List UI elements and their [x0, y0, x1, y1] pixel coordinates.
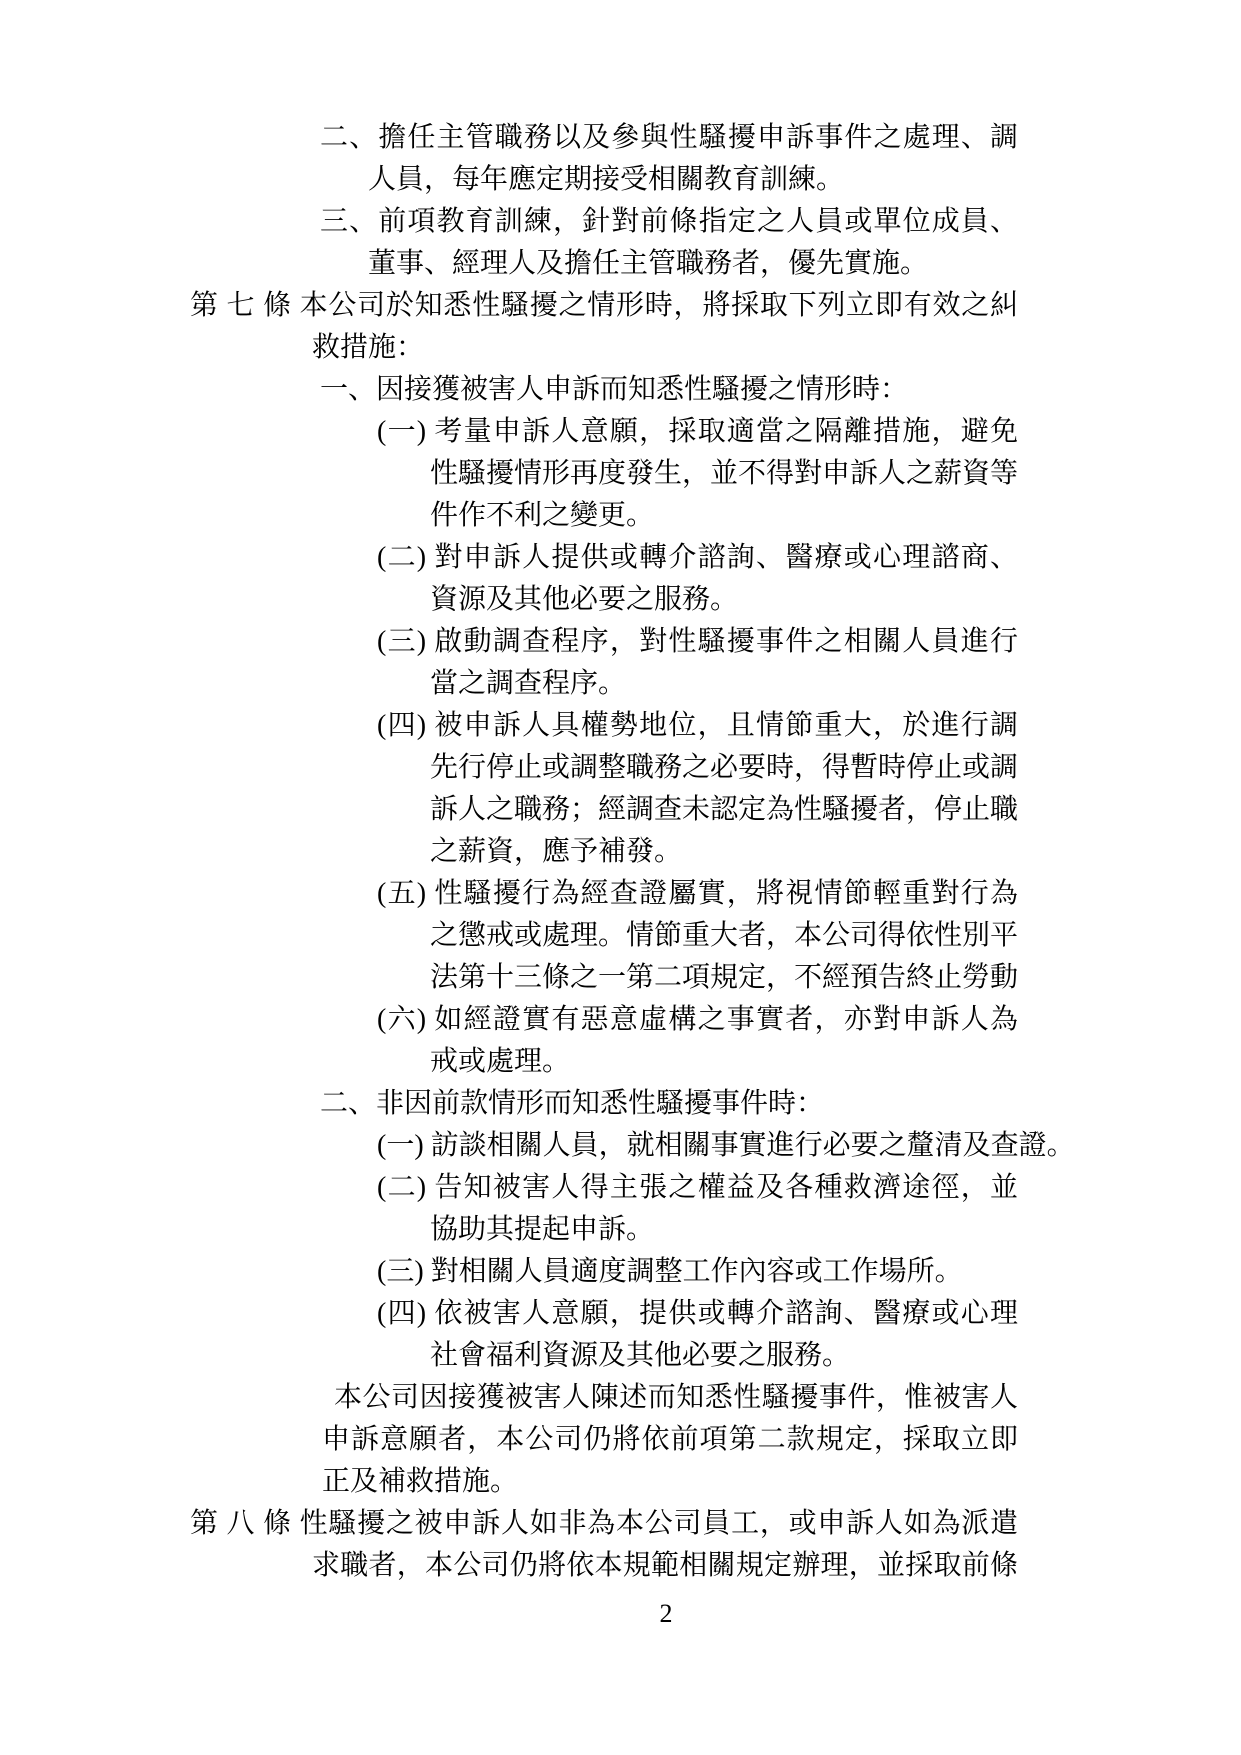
text-line: 救措施： [312, 327, 1018, 369]
document-body: 二、擔任主管職務以及參與性騷擾申訴事件之處理、調查及決議人員，每年應定期接受相關… [0, 117, 1241, 1587]
text-line: 之薪資，應予補發。 [430, 831, 1018, 873]
text-line: 第 八 條 性騷擾之被申訴人如非為本公司員工，或申訴人如為派遣勞工或 [190, 1503, 1018, 1545]
text-line: 之懲戒或處理。情節重大者，本公司得依性別平等工作 [430, 915, 1018, 957]
text-line: 社會福利資源及其他必要之服務。 [430, 1335, 1018, 1377]
text-line: (三) 對相關人員適度調整工作內容或工作場所。 [377, 1251, 1018, 1293]
text-line: 訴人之職務；經調查未認定為性騷擾者，停止職務期間 [430, 789, 1018, 831]
text-line: (六) 如經證實有惡意虛構之事實者，亦對申訴人為適當之懲 [377, 999, 1018, 1041]
text-line: 戒或處理。 [430, 1041, 1018, 1083]
text-line: 法第十三條之一第二項規定，不經預告終止勞動契約。 [430, 957, 1018, 999]
text-line: 先行停止或調整職務之必要時，得暫時停止或調整被申 [430, 747, 1018, 789]
text-line: (二) 對申訴人提供或轉介諮詢、醫療或心理諮商、社會福利 [377, 537, 1018, 579]
page-number: 2 [660, 1599, 673, 1629]
document-page: 二、擔任主管職務以及參與性騷擾申訴事件之處理、調查及決議人員，每年應定期接受相關… [0, 0, 1241, 1755]
text-line: 一、因接獲被害人申訴而知悉性騷擾之情形時： [320, 369, 1018, 411]
text-line: 資源及其他必要之服務。 [430, 579, 1018, 621]
text-line: 人員，每年應定期接受相關教育訓練。 [368, 159, 1018, 201]
text-line: (四) 被申訴人具權勢地位，且情節重大，於進行調查期間有 [377, 705, 1018, 747]
text-line: (五) 性騷擾行為經查證屬實，將視情節輕重對行為人為適當 [377, 873, 1018, 915]
text-line: 董事、經理人及擔任主管職務者，優先實施。 [368, 243, 1018, 285]
text-line: (二) 告知被害人得主張之權益及各種救濟途徑，並依其意願 [377, 1167, 1018, 1209]
text-line: (一) 考量申訴人意願，採取適當之隔離措施，避免申訴人受 [377, 411, 1018, 453]
text-line: (一) 訪談相關人員，就相關事實進行必要之釐清及查證。 [377, 1125, 1018, 1167]
text-line: 申訴意願者，本公司仍將依前項第二款規定，採取立即有效之糾 [322, 1419, 1018, 1461]
text-line: 正及補救措施。 [322, 1461, 1018, 1503]
text-line: 二、非因前款情形而知悉性騷擾事件時： [320, 1083, 1018, 1125]
text-line: 當之調查程序。 [430, 663, 1018, 705]
text-line: (三) 啟動調查程序，對性騷擾事件之相關人員進行訪談或適 [377, 621, 1018, 663]
text-line: 三、前項教育訓練，針對前條指定之人員或單位成員、本公司之 [320, 201, 1018, 243]
text-line: 性騷擾情形再度發生，並不得對申訴人之薪資等勞動條 [430, 453, 1018, 495]
text-line: (四) 依被害人意願，提供或轉介諮詢、醫療或心理諮商處理、 [377, 1293, 1018, 1335]
text-line: 件作不利之變更。 [430, 495, 1018, 537]
text-line: 第 七 條 本公司於知悉性騷擾之情形時，將採取下列立即有效之糾正及補 [190, 285, 1018, 327]
text-line: 本公司因接獲被害人陳述而知悉性騷擾事件，惟被害人無提起 [334, 1377, 1018, 1419]
text-line: 二、擔任主管職務以及參與性騷擾申訴事件之處理、調查及決議 [320, 117, 1018, 159]
text-line: 求職者，本公司仍將依本規範相關規定辦理，並採取前條所定立 [312, 1545, 1018, 1587]
text-line: 協助其提起申訴。 [430, 1209, 1018, 1251]
